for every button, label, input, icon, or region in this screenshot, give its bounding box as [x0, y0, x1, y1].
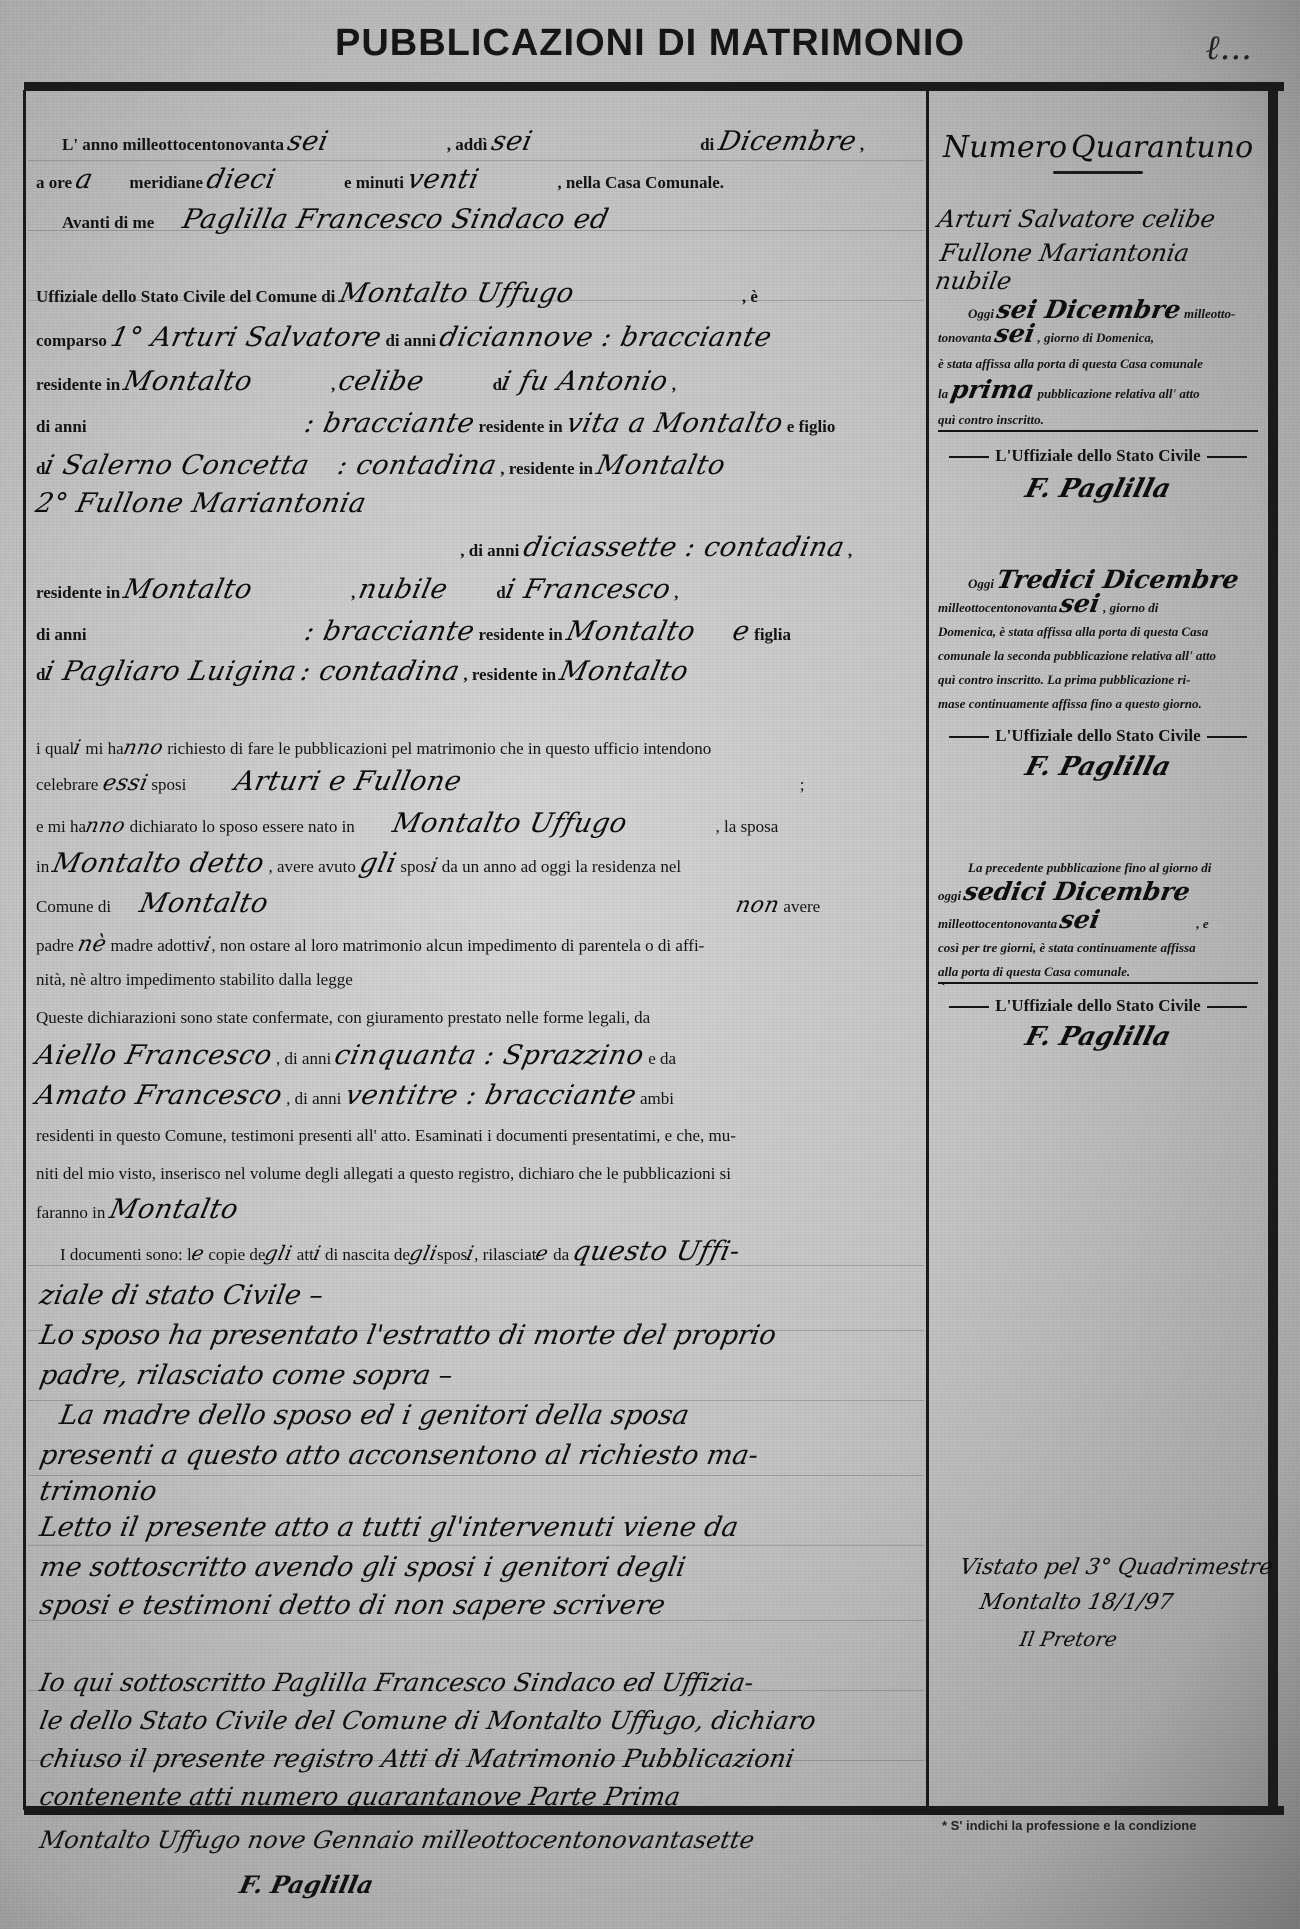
printed-text: residente in	[478, 625, 562, 644]
handwritten-hour-marker: a	[74, 168, 96, 192]
printed-text: e figlio	[787, 417, 836, 436]
printed-text: faranno in	[36, 1203, 105, 1222]
printed-text: ,	[331, 375, 335, 394]
bride-age-line: , di anni diciassette : contadina ,	[36, 536, 916, 563]
handwritten-residence: Montalto	[122, 578, 255, 602]
printed-text: , rilasciat	[474, 1245, 536, 1264]
printed-text: , avere avuto	[269, 857, 356, 876]
handwritten-officiant: Paglilla Francesco Sindaco ed	[180, 208, 610, 232]
printed-text: Avanti di me	[62, 213, 154, 232]
handwritten-residence: Montalto	[558, 660, 691, 684]
impediment-line: padre nè madre adottivi, non ostare al l…	[36, 932, 916, 958]
publication-place-line: faranno in Montalto	[36, 1198, 916, 1225]
flourish-divider	[1053, 171, 1143, 174]
handwritten-groom-age: diciannove : bracciante	[438, 326, 774, 350]
printed-text: milleotto-	[1184, 306, 1235, 321]
handwritten-occupation: : bracciante	[303, 412, 477, 436]
oath-line: Queste dichiarazioni sono state conferma…	[36, 1006, 916, 1030]
printed-text: quì contro inscritto. La prima pubblicaz…	[938, 670, 1258, 690]
handwritten-witness-1: Aiello Francesco	[33, 1044, 274, 1068]
printed-text: , residente in	[500, 459, 593, 478]
handwritten-publication-place: Montalto	[107, 1198, 240, 1222]
printed-text: da un anno ad oggi la residenza nel	[442, 857, 681, 876]
printed-text: di anni	[36, 625, 87, 644]
witness-1-line: Aiello Francesco , di anni cinquanta : S…	[36, 1044, 916, 1071]
handwritten-date: sei Dicembre	[995, 300, 1182, 320]
closing-line: chiuso il presente registro Atti di Matr…	[37, 1744, 922, 1773]
register-line: niti del mio visto, inserisco nel volume…	[36, 1162, 916, 1186]
column-divider	[926, 90, 929, 1810]
printed-text: , di anni	[276, 1049, 331, 1068]
handwritten-body-line: padre, rilasciato come sopra –	[37, 1360, 922, 1391]
bottom-signature: F. Paglilla	[237, 1870, 376, 1899]
printed-text: niti del mio visto, inserisco nel volume…	[36, 1164, 731, 1183]
printed-text: Oggi	[968, 306, 994, 321]
printed-text: e da	[648, 1049, 676, 1068]
residence-duration-line: in Montalto detto , avere avuto gli spos…	[36, 852, 916, 879]
examination-line: residenti in questo Comune, testimoni pr…	[36, 1124, 916, 1148]
handwritten-year: sei	[993, 324, 1036, 344]
ruled-line	[28, 1545, 924, 1546]
handwritten-groom-birthplace: Montalto Uffugo	[391, 812, 630, 836]
printed-text: ,	[672, 375, 676, 394]
printed-text: milleottocentonovanta	[938, 600, 1057, 615]
handwritten-fill: gli	[407, 1241, 439, 1265]
officer-signature: F. Paglilla	[934, 752, 1261, 782]
legal-line: nità, nè altro impedimento stabilito dal…	[36, 968, 916, 992]
printed-text: ,	[860, 135, 864, 154]
bride-father-line: di anni : bracciante residente in Montal…	[36, 620, 916, 647]
handwritten-body-line: trimonio	[37, 1476, 922, 1507]
printed-text: , di anni	[460, 541, 519, 560]
bride-name-line: 2° Fullone Mariantonia	[36, 492, 916, 519]
printed-text: i qual	[36, 739, 74, 758]
printed-text: comparso	[36, 331, 107, 350]
marriage-publication-record: PUBBLICAZIONI DI MATRIMONIO ℓ... L' anno…	[0, 0, 1300, 1929]
handwritten-negation: nè	[75, 933, 108, 957]
printed-text: mi ha	[85, 739, 123, 758]
ruled-line	[28, 160, 924, 161]
printed-text: ,	[674, 583, 678, 602]
date-line: L' anno milleottocentonovanta sei , addì…	[62, 130, 942, 157]
record-number: Numero Quarantuno	[938, 130, 1258, 180]
handwritten-residence: Montalto	[564, 620, 697, 644]
printed-text: celebrare	[36, 775, 98, 794]
printed-text: di anni	[36, 417, 87, 436]
handwritten-minutes: venti	[406, 168, 482, 192]
printed-text: pubblicazione relativa all' atto	[1037, 386, 1199, 401]
printed-text: , di anni	[286, 1089, 341, 1108]
printed-text: spos	[400, 857, 430, 876]
handwritten-municipality: Montalto Uffugo	[337, 282, 576, 306]
groom-father-line: di anni : bracciante residente in vita a…	[36, 412, 916, 439]
printed-text: oggi	[938, 888, 961, 903]
handwritten-month: Dicembre	[716, 130, 858, 154]
printed-text: L' anno milleottocentonovanta	[62, 135, 284, 154]
commune-line: Comune di Montalto non avere	[36, 892, 916, 919]
page-corner-mark: ℓ...	[1205, 28, 1252, 68]
handwritten-issuer: questo Uffi-	[571, 1240, 743, 1264]
closing-line: le dello Stato Civile del Comune di Mont…	[37, 1706, 922, 1735]
printed-text: Domenica, è stata affissa alla porta di …	[938, 622, 1258, 642]
groom-mother-line: di Salerno Concetta : contadina , reside…	[36, 454, 916, 481]
handwritten-article: gli	[358, 852, 399, 876]
numero-label: Numero	[943, 130, 1067, 165]
closing-line: Io qui sottoscritto Paglilla Francesco S…	[37, 1668, 922, 1697]
handwritten-commune: Montalto	[137, 892, 270, 916]
second-publication: Oggi Tredici Dicembre milleottocentonova…	[938, 570, 1258, 782]
couple-names: Arturi Salvatore celibe Fullone Marianto…	[938, 205, 1258, 295]
handwritten-groom-name: 1° Arturi Salvatore	[109, 326, 384, 350]
handwritten-witness-1-age: cinquanta : Sprazzino	[333, 1044, 647, 1068]
printed-text: La precedente pubblicazione fino al gior…	[938, 858, 1258, 878]
printed-text: , addì	[447, 135, 488, 154]
handwritten-residence: Montalto	[122, 370, 255, 394]
printed-text: a ore	[36, 173, 72, 192]
printed-text: Oggi	[968, 576, 994, 591]
left-border	[23, 90, 26, 1810]
printed-text: nità, nè altro impedimento stabilito dal…	[36, 970, 353, 989]
handwritten-body-line: Lo sposo ha presentato l'estratto di mor…	[37, 1320, 922, 1351]
printed-text: Uffiziale dello Stato Civile del Comune …	[36, 287, 335, 306]
handwritten-witness-2-age: ventitre : bracciante	[343, 1084, 638, 1108]
printed-text: padre	[36, 936, 74, 955]
vidimation-signature: Il Pretore	[958, 1627, 1119, 1651]
printed-text: la	[938, 386, 948, 401]
handwritten-pronoun: essi	[100, 772, 150, 796]
officer-signature: F. Paglilla	[934, 1022, 1261, 1052]
printed-text: , è	[742, 287, 758, 306]
handwritten-bride-name: 2° Fullone Mariantonia	[33, 492, 368, 516]
municipality-line: Uffiziale dello Stato Civile del Comune …	[36, 282, 916, 309]
printed-text: Comune di	[36, 897, 111, 916]
handwritten-body-line: presenti a questo atto acconsentono al r…	[37, 1440, 922, 1471]
printed-text: meridiane	[129, 173, 203, 192]
handwritten-mother: i Pagliaro Luigina	[43, 660, 299, 684]
groom-summary: Arturi Salvatore celibe	[936, 205, 1218, 233]
handwritten-year: sei	[286, 130, 331, 154]
handwritten-father: i fu Antonio	[500, 370, 671, 394]
bride-mother-line: di Pagliaro Luigina : contadina , reside…	[36, 660, 916, 687]
printed-text: ambi	[640, 1089, 674, 1108]
handwritten-witness-2: Amato Francesco	[33, 1084, 284, 1108]
first-publication: Oggi sei Dicembre milleotto- tonovanta s…	[938, 300, 1258, 504]
officer-signature: F. Paglilla	[934, 474, 1261, 504]
bride-summary: Fullone Mariantonia nubile	[933, 239, 1263, 295]
handwritten-father: i Francesco	[503, 578, 672, 602]
printed-text: mase continuamente affissa fino a questo…	[938, 694, 1258, 714]
printed-text: sposi	[151, 775, 186, 794]
printed-text: Queste dichiarazioni sono state conferma…	[36, 1008, 650, 1027]
handwritten-occupation: : bracciante	[303, 620, 477, 644]
printed-text: comunale la seconda pubblicazione relati…	[938, 646, 1258, 666]
right-border	[1268, 90, 1278, 1810]
witness-2-line: Amato Francesco , di anni ventitre : bra…	[36, 1084, 916, 1111]
handwritten-negation: non	[734, 894, 782, 918]
third-publication: La precedente pubblicazione fino al gior…	[938, 858, 1258, 1052]
printed-text: residente in	[36, 375, 120, 394]
vidimation-line: Vistato pel 3° Quadrimestre	[958, 1555, 1275, 1580]
printed-text: ,	[351, 583, 355, 602]
printed-text: è stata affissa alla porta di questa Cas…	[938, 354, 1258, 374]
handwritten-body-line: sposi e testimoni detto di non sapere sc…	[37, 1590, 922, 1621]
handwritten-residence: vita a Montalto	[564, 412, 785, 436]
handwritten-residence: Montalto	[595, 454, 728, 478]
printed-text: residente in	[36, 583, 120, 602]
handwritten-date: sedici Dicembre	[963, 882, 1192, 902]
footnote: * S' indichi la professione e la condizi…	[942, 1818, 1262, 1833]
printed-text: avere	[783, 897, 820, 916]
handwritten-mother: i Salerno Concetta	[43, 454, 312, 478]
handwritten-bride-birthplace: Montalto detto	[51, 852, 267, 876]
printed-text: , residente in	[463, 665, 556, 684]
printed-text: , giorno di	[1103, 600, 1158, 615]
printed-text: , non ostare al loro matrimonio alcun im…	[211, 936, 704, 955]
closing-line: contenente atti numero quarantanove Part…	[37, 1782, 922, 1811]
numero-value: Quarantuno	[1071, 130, 1253, 165]
handwritten-body-line: La madre dello sposo ed i genitori della…	[57, 1400, 942, 1431]
groom-line: comparso 1° Arturi Salvatore di anni dic…	[36, 326, 916, 353]
handwritten-couple-surnames: Arturi e Fullone	[232, 770, 463, 794]
document-title: PUBBLICAZIONI DI MATRIMONIO	[0, 22, 1300, 65]
handwritten-day: sei	[489, 130, 534, 154]
handwritten-fill: gli	[263, 1241, 295, 1265]
printed-text: I documenti sono: l	[60, 1245, 192, 1264]
handwritten-plural: nno	[83, 813, 127, 837]
printed-text: , giorno di Domenica,	[1037, 330, 1154, 345]
printed-text: , nella Casa Comunale.	[557, 173, 724, 192]
printed-text: milleottocentonovanta	[938, 916, 1057, 931]
handwritten-hour: dieci	[205, 168, 278, 192]
birthplace-line: e mi hanno dichiarato lo sposo essere na…	[36, 812, 916, 839]
time-line: a ore a meridiane dieci e minuti venti ,…	[36, 168, 916, 195]
officiant-line: Avanti di me Paglilla Francesco Sindaco …	[62, 208, 942, 235]
officer-label: L'Uffiziale dello Stato Civile	[938, 446, 1258, 466]
handwritten-body-line: ziale di stato Civile –	[37, 1280, 922, 1311]
printed-text: di anni	[385, 331, 436, 350]
printed-text: tonovanta	[938, 330, 991, 345]
request-line: i quali mi hanno richiesto di fare le pu…	[36, 735, 916, 761]
handwritten-body-line: me sottoscritto avendo gli sposi i genit…	[37, 1552, 922, 1583]
printed-text: copie de	[208, 1245, 265, 1264]
handwritten-bride-age: diciassette : contadina	[521, 536, 846, 560]
handwritten-year: sei	[1059, 910, 1102, 930]
bride-residence-line: residente in Montalto , nubile di France…	[36, 578, 916, 605]
printed-text: di	[700, 135, 714, 154]
handwritten-status: nubile	[357, 578, 450, 602]
printed-text: residenti in questo Comune, testimoni pr…	[36, 1126, 736, 1145]
handwritten-occupation: : contadina	[298, 660, 461, 684]
printed-text: , la sposa	[716, 817, 779, 836]
printed-text: madre adottiv	[110, 936, 204, 955]
handwritten-status: celibe	[337, 370, 427, 394]
printed-text: residente in	[478, 417, 562, 436]
printed-text: di nascita de	[325, 1245, 410, 1264]
handwritten-fill: e	[534, 1241, 551, 1265]
handwritten-date: Tredici Dicembre	[995, 570, 1240, 590]
printed-text: da	[553, 1245, 569, 1264]
printed-text: così per tre giorni, è stata continuamen…	[938, 938, 1258, 958]
printed-text: figlia	[754, 625, 791, 644]
handwritten-plural: nno	[121, 735, 165, 759]
printed-text: alla porta di questa Casa comunale.	[938, 962, 1258, 984]
vidimation-note: Vistato pel 3° Quadrimestre Montalto 18/…	[960, 1555, 1280, 1651]
printed-text: , e	[1196, 916, 1208, 931]
printed-text: quì contro inscritto.	[938, 410, 1258, 432]
handwritten-occupation: : contadina	[335, 454, 498, 478]
celebrate-line: celebrare essi sposi Arturi e Fullone ;	[36, 770, 916, 797]
handwritten-ordinal: prima	[950, 380, 1036, 400]
printed-text: richiesto di fare le pubblicazioni pel m…	[167, 739, 711, 758]
printed-text: ;	[800, 775, 805, 794]
handwritten-body-line: Letto il presente atto a tutti gl'interv…	[37, 1512, 922, 1543]
handwritten-conjunction: e	[731, 620, 753, 644]
closing-overflow-line: Montalto Uffugo nove Gennaio milleottoce…	[38, 1826, 757, 1854]
top-rule	[24, 82, 1284, 91]
officer-label: L'Uffiziale dello Stato Civile	[938, 726, 1258, 746]
officer-label: L'Uffiziale dello Stato Civile	[938, 996, 1258, 1016]
groom-residence-line: residente in Montalto , celibe di fu Ant…	[36, 370, 916, 397]
printed-text: ,	[848, 541, 852, 560]
handwritten-year: sei	[1059, 594, 1102, 614]
printed-text: spos	[437, 1245, 467, 1264]
printed-text: e mi ha	[36, 817, 86, 836]
documents-line: I documenti sono: le copie degli atti di…	[60, 1240, 940, 1267]
printed-text: in	[36, 857, 49, 876]
vidimation-line: Montalto 18/1/97	[958, 1590, 1175, 1615]
printed-text: dichiarato lo sposo essere nato in	[130, 817, 355, 836]
printed-text: e minuti	[344, 173, 404, 192]
